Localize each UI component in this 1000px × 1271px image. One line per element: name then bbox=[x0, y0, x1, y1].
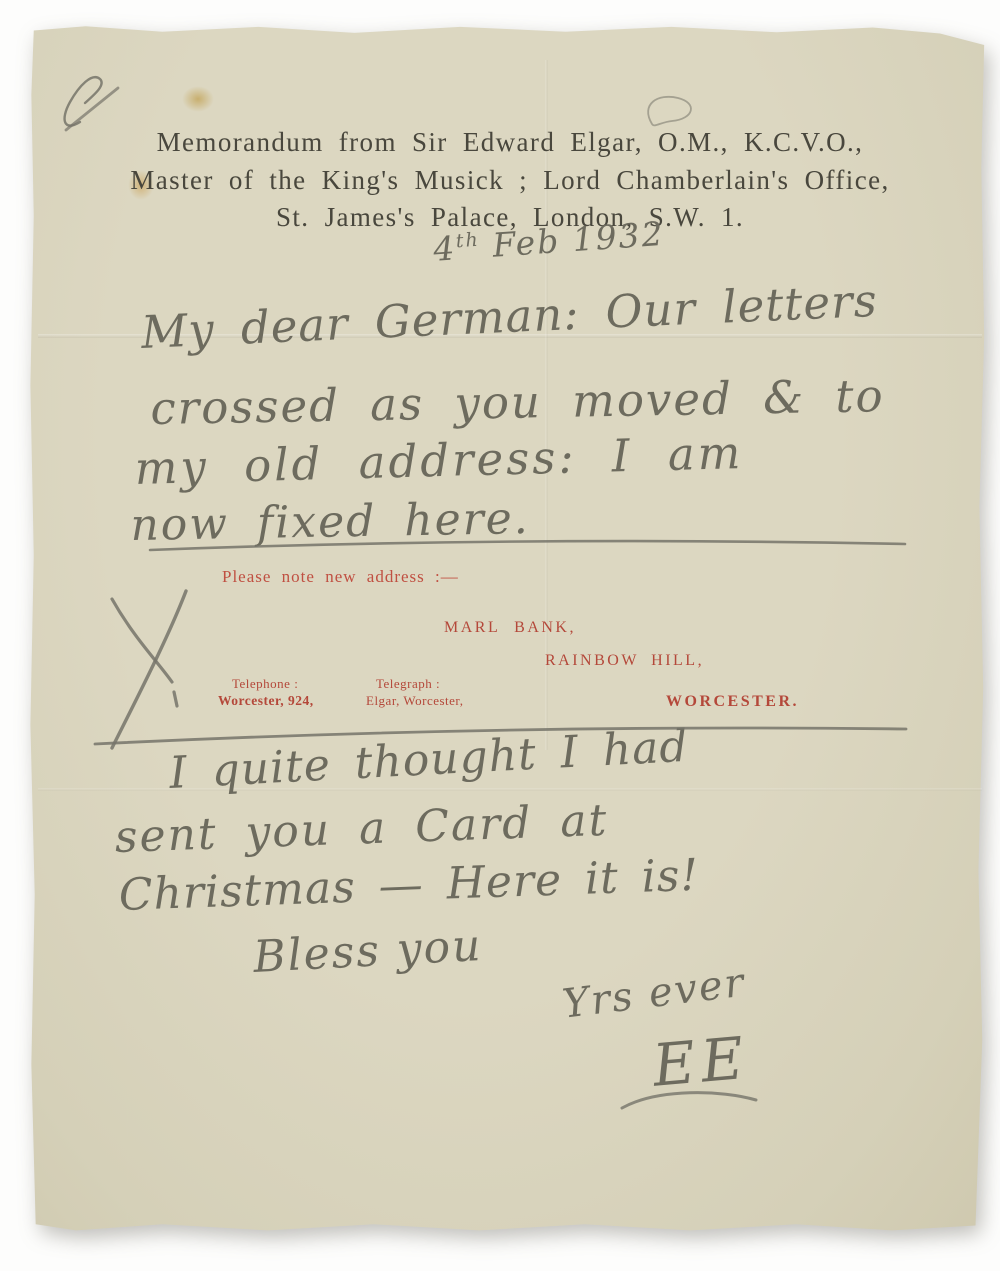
address-city: WORCESTER. bbox=[666, 693, 799, 711]
letterhead-line-2: Master of the King's Musick ; Lord Chamb… bbox=[38, 165, 982, 196]
date-ordinal-suffix: th bbox=[455, 229, 480, 253]
telegraph-label: Telegraph : bbox=[376, 676, 440, 692]
letterhead-line-1: Memorandum from Sir Edward Elgar, O.M., … bbox=[38, 127, 982, 158]
date-day: 4 bbox=[432, 228, 458, 269]
telephone-label: Telephone : bbox=[232, 676, 298, 692]
signature: EE bbox=[650, 1024, 752, 1100]
address-road: RAINBOW HILL, bbox=[545, 652, 704, 670]
address-note: Please note new address :— bbox=[222, 567, 459, 587]
telegraph-value: Elgar, Worcester, bbox=[366, 693, 464, 709]
paper-stain bbox=[182, 86, 214, 112]
telephone-value: Worcester, 924, bbox=[218, 693, 314, 709]
scanned-letter-page: Memorandum from Sir Edward Elgar, O.M., … bbox=[0, 0, 1000, 1271]
letter-body-line: now fixed here. bbox=[130, 493, 530, 551]
address-house: MARL BANK, bbox=[38, 619, 982, 637]
